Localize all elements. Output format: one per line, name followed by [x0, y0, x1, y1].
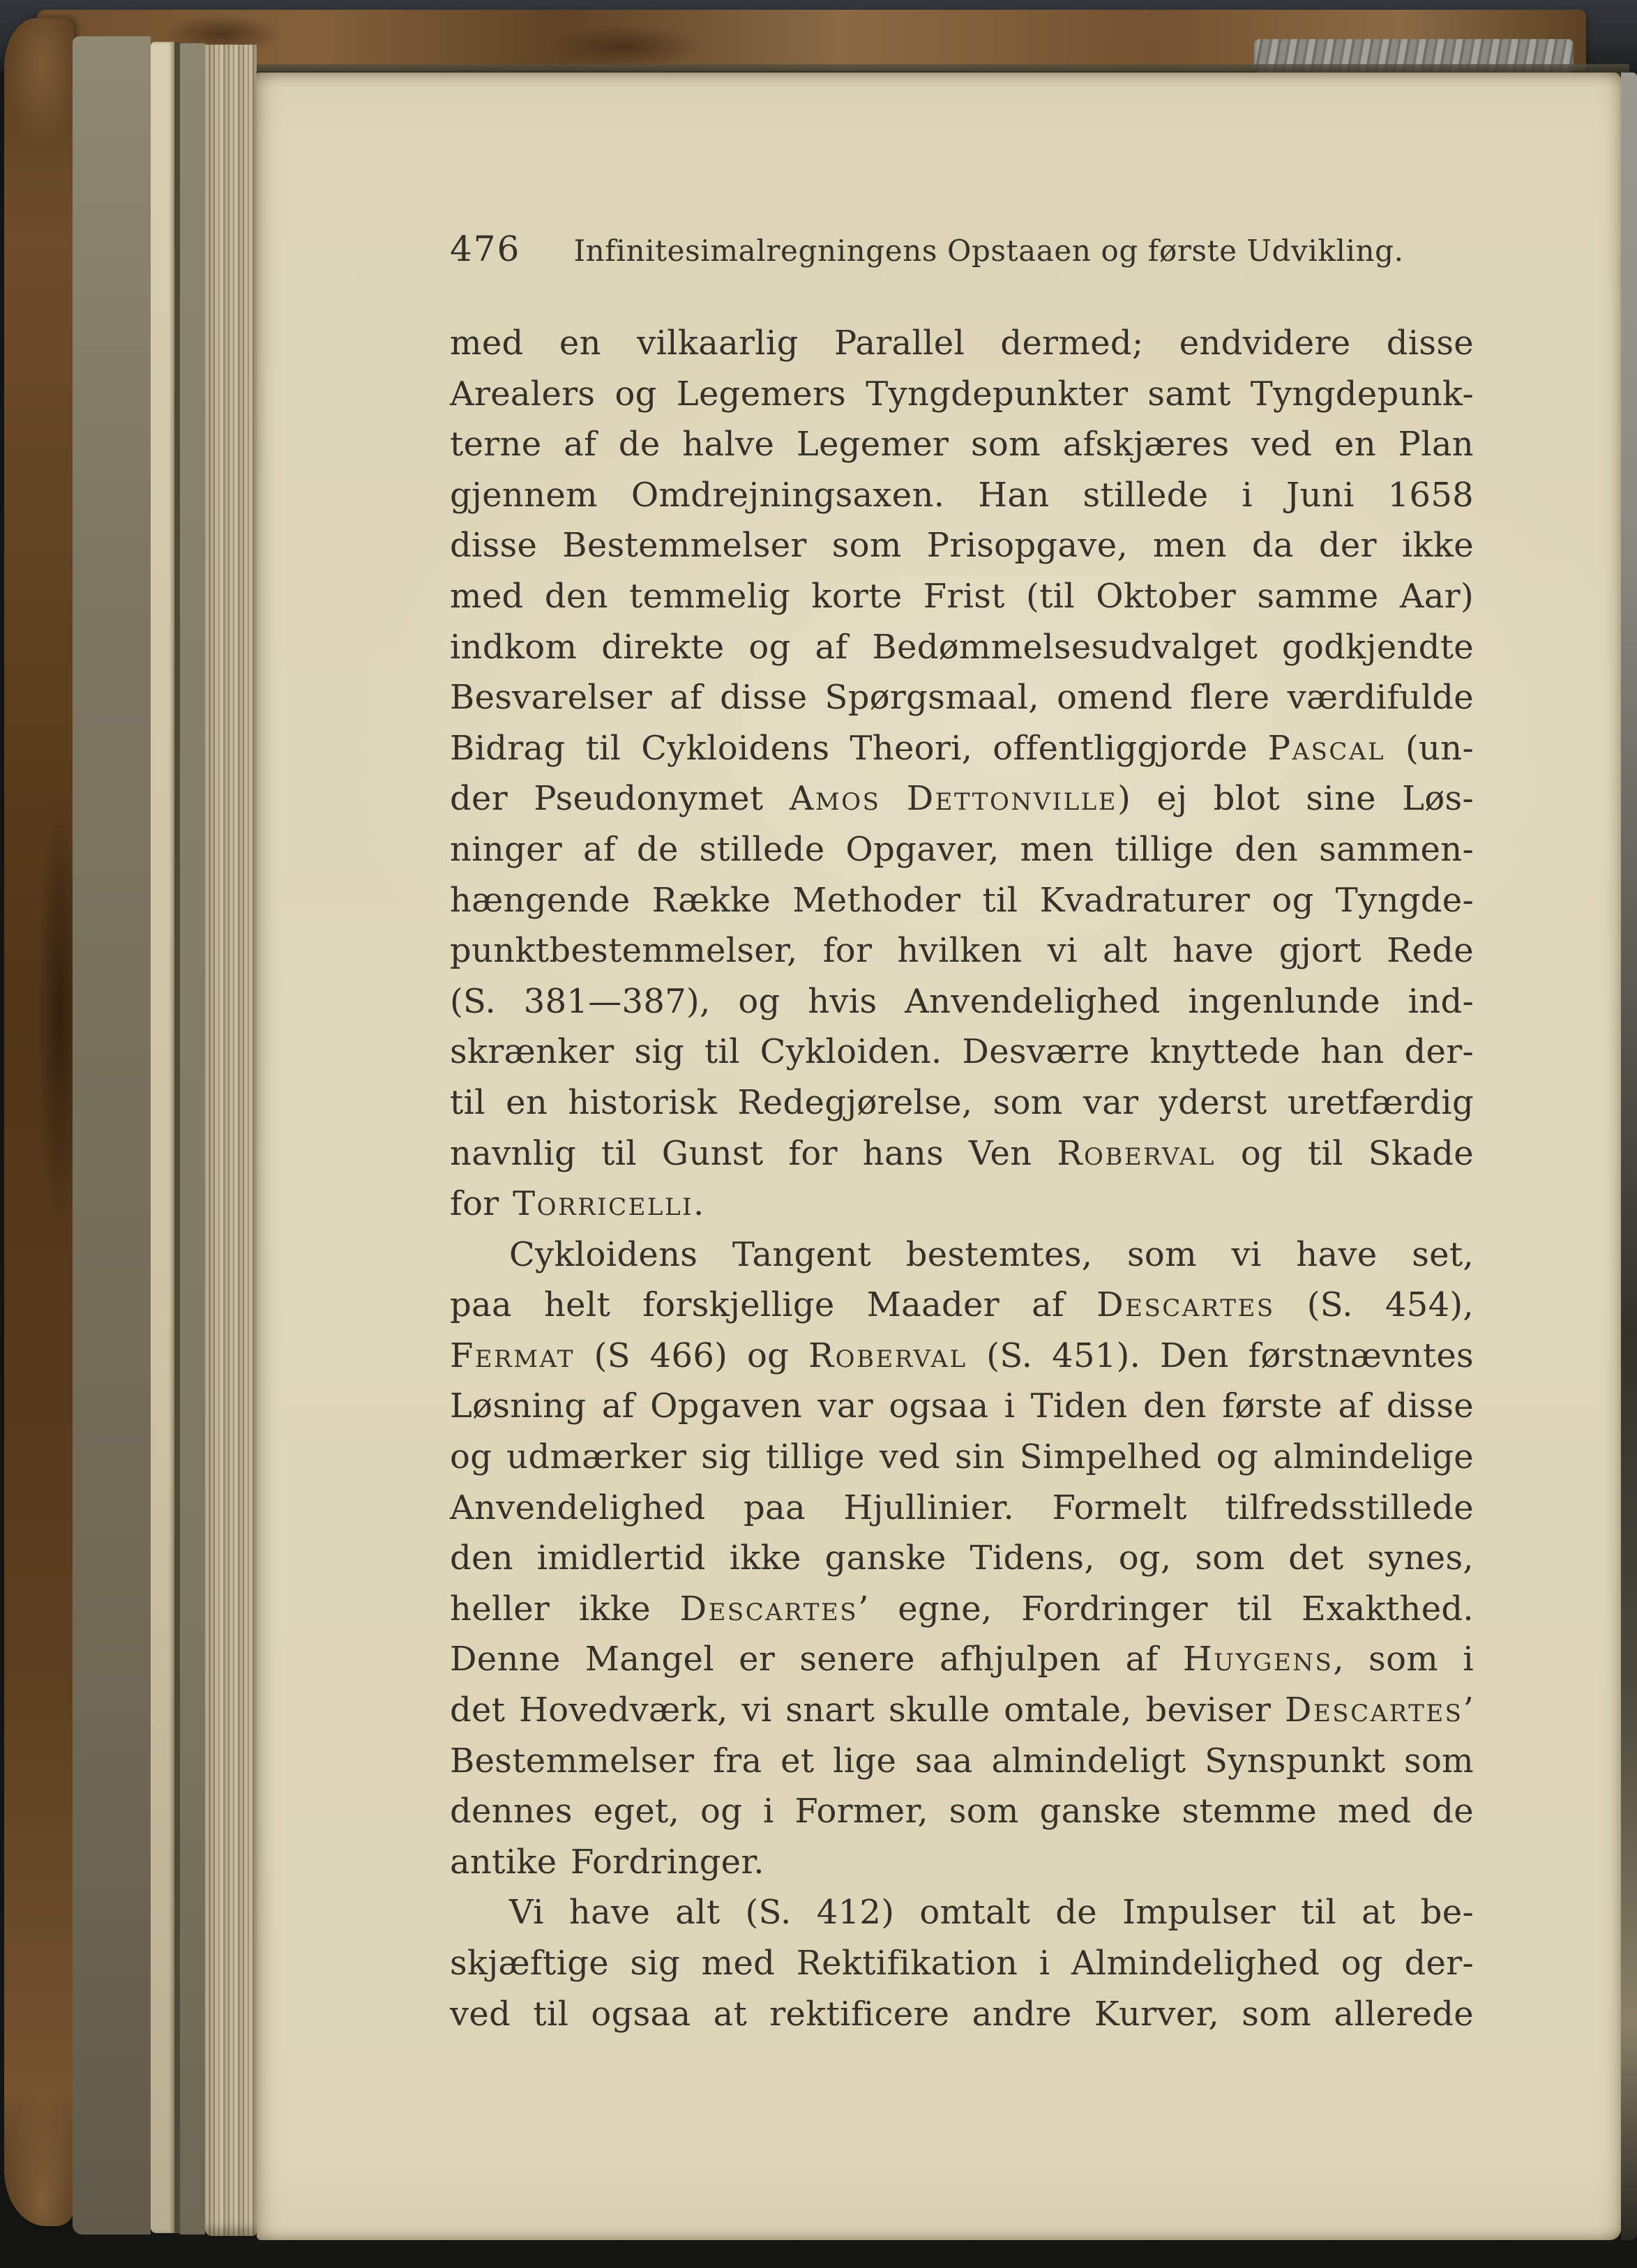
scanned-book-photo: { "book": { "header": { "page_number": "… [0, 0, 1637, 2268]
text-line: skjæftige sig med Rektifikation i Almind… [450, 1938, 1474, 1989]
page-edge-stack-striations [205, 45, 257, 2236]
text-line: ninger af de stillede Opgaver, men tilli… [450, 824, 1474, 875]
text-line: hængende Række Methoder til Kvadraturer … [450, 875, 1474, 926]
page-text-block: med en vilkaarlig Parallel dermed; endvi… [450, 318, 1474, 2039]
text-line: (S. 381—387), og hvis Anvendelighed inge… [450, 976, 1474, 1027]
text-line: antike Fordringer. [450, 1837, 1474, 1888]
text-line: Vi have alt (S. 412) omtalt de Impulser … [450, 1887, 1474, 1938]
text-line: indkom direkte og af Bedømmelsesudvalget… [450, 622, 1474, 673]
text-line: heller ikke Descartes’ egne, Fordringer … [450, 1584, 1474, 1635]
text-line: der Pseudonymet Amos Dettonville) ej blo… [450, 773, 1474, 824]
text-line: Løsning af Opgaven var ogsaa i Tiden den… [450, 1381, 1474, 1432]
text-line: terne af de halve Legemer som afskjæres … [450, 419, 1474, 470]
running-title: Infinitesimalregningens Opstaaen og førs… [573, 234, 1403, 268]
text-line: for Torricelli. [450, 1179, 1474, 1230]
fore-edge-sliver [1621, 73, 1637, 2240]
text-line: navnlig til Gunst for hans Ven Roberval … [450, 1128, 1474, 1179]
text-line: og udmærker sig tillige ved sin Simpelhe… [450, 1432, 1474, 1483]
text-line: med en vilkaarlig Parallel dermed; endvi… [450, 318, 1474, 369]
text-line: med den temmelig korte Frist (til Oktobe… [450, 571, 1474, 622]
text-line: den imidlertid ikke ganske Tidens, og, s… [450, 1533, 1474, 1584]
text-line: punktbestemmelser, for hvilken vi alt ha… [450, 925, 1474, 976]
text-line: skrænker sig til Cykloiden. Desværre kny… [450, 1027, 1474, 1078]
text-line: til en historisk Redegjørelse, som var y… [450, 1078, 1474, 1128]
text-line: det Hovedværk, vi snart skulle omtale, b… [450, 1685, 1474, 1736]
text-line: Arealers og Legemers Tyngdepunkter samt … [450, 369, 1474, 420]
text-line: Fermat (S 466) og Roberval (S. 451). Den… [450, 1331, 1474, 1382]
page-edge-stack-olive [73, 36, 151, 2235]
paper-page: 476 Infinitesimalregningens Opstaaen og … [257, 73, 1621, 2240]
book-spine-leather [4, 18, 74, 2226]
text-line: paa helt forskjellige Maader af Descarte… [450, 1280, 1474, 1331]
text-line: disse Bestemmelser som Prisopgave, men d… [450, 520, 1474, 571]
page-edge-stack-cream [151, 42, 174, 2233]
page-header: 476 Infinitesimalregningens Opstaaen og … [450, 229, 1404, 269]
page-number: 476 [450, 229, 520, 269]
text-line: gjennem Omdrejningsaxen. Han stillede i … [450, 470, 1474, 521]
page-edge-stack-olive-narrow [180, 43, 205, 2235]
text-line: Bestemmelser fra et lige saa almindeligt… [450, 1736, 1474, 1787]
text-line: Bidrag til Cykloidens Theori, offentligg… [450, 723, 1474, 774]
text-line: Anvendelighed paa Hjullinier. Formelt ti… [450, 1483, 1474, 1534]
text-line: Besvarelser af disse Spørgsmaal, omend f… [450, 672, 1474, 723]
text-line: dennes eget, og i Former, som ganske ste… [450, 1786, 1474, 1837]
text-line: ved til ogsaa at rektificere andre Kurve… [450, 1989, 1474, 2040]
text-line: Denne Mangel er senere afhjulpen af Huyg… [450, 1634, 1474, 1685]
text-line: Cykloidens Tangent bestemtes, som vi hav… [450, 1230, 1474, 1280]
page-edge-stack-shadow [174, 42, 180, 2233]
